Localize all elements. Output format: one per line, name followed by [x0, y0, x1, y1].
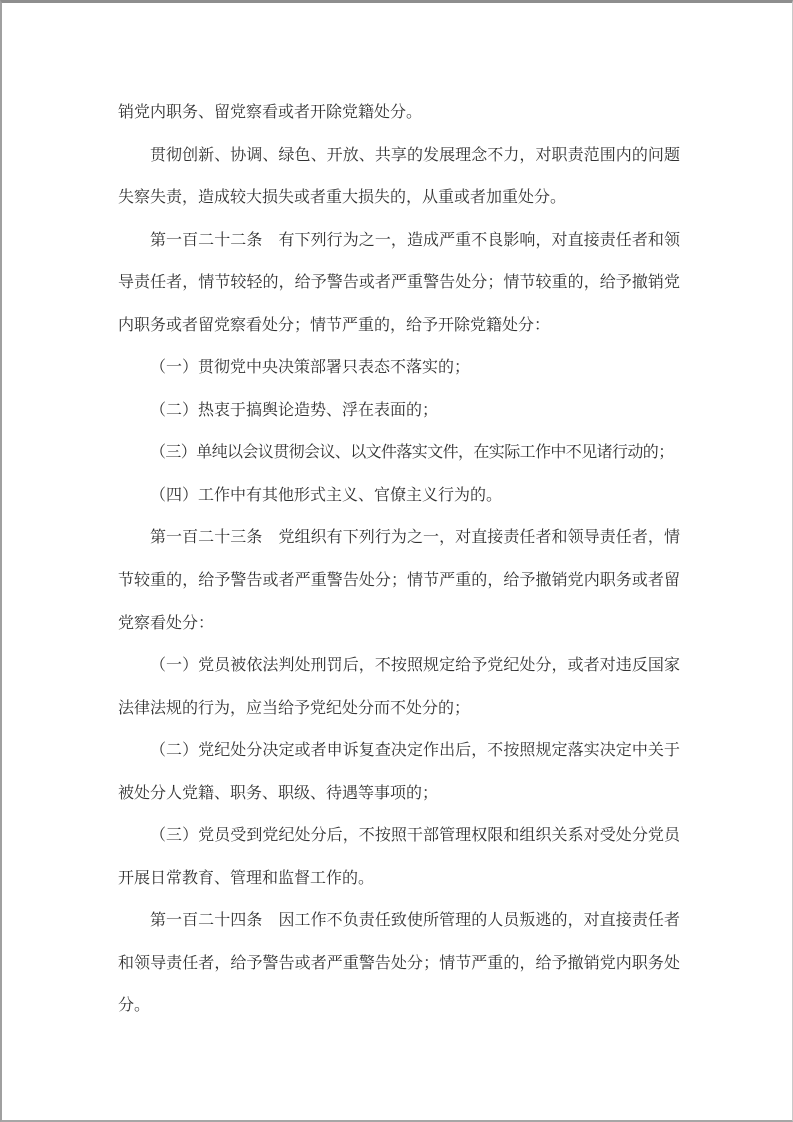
text-line: 第一百二十四条 因工作不负责任致使所管理的人员叛逃的，对直接责任者 [118, 900, 680, 943]
paragraph: 第一百二十三条 党组织有下列行为之一，对直接责任者和领导责任者，情节较重的，给予… [118, 517, 680, 645]
document-page: 销党内职务、留党察看或者开除党籍处分。贯彻创新、协调、绿色、开放、共享的发展理念… [0, 0, 793, 1122]
text-line: （三）党员受到党纪处分后，不按照干部管理权限和组织关系对受处分党员 [118, 815, 680, 858]
text-line: （一）贯彻党中央决策部署只表态不落实的； [118, 347, 680, 390]
paragraph: （一）贯彻党中央决策部署只表态不落实的； [118, 347, 680, 390]
text-line: （一）党员被依法判处刑罚后，不按照规定给予党纪处分，或者对违反国家 [118, 645, 680, 688]
text-line: 开展日常教育、管理和监督工作的。 [118, 858, 680, 901]
paragraph: 销党内职务、留党察看或者开除党籍处分。 [118, 92, 680, 135]
paragraph: （三）党员受到党纪处分后，不按照干部管理权限和组织关系对受处分党员开展日常教育、… [118, 815, 680, 900]
text-line: 党察看处分： [118, 603, 680, 646]
text-line: （二）党纪处分决定或者申诉复查决定作出后，不按照规定落实决定中关于 [118, 730, 680, 773]
text-line: （三）单纯以会议贯彻会议、以文件落实文件，在实际工作中不见诸行动的； [118, 432, 680, 475]
document-text: 销党内职务、留党察看或者开除党籍处分。贯彻创新、协调、绿色、开放、共享的发展理念… [118, 92, 680, 1028]
paragraph: 贯彻创新、协调、绿色、开放、共享的发展理念不力，对职责范围内的问题失察失责，造成… [118, 135, 680, 220]
paragraph: 第一百二十四条 因工作不负责任致使所管理的人员叛逃的，对直接责任者和领导责任者，… [118, 900, 680, 1028]
text-line: 第一百二十三条 党组织有下列行为之一，对直接责任者和领导责任者，情 [118, 517, 680, 560]
text-line: （四）工作中有其他形式主义、官僚主义行为的。 [118, 475, 680, 518]
paragraph: （四）工作中有其他形式主义、官僚主义行为的。 [118, 475, 680, 518]
text-line: 和领导责任者，给予警告或者严重警告处分；情节严重的，给予撤销党内职务处 [118, 943, 680, 986]
paragraph: 第一百二十二条 有下列行为之一，造成严重不良影响，对直接责任者和领导责任者，情节… [118, 220, 680, 348]
paragraph: （三）单纯以会议贯彻会议、以文件落实文件，在实际工作中不见诸行动的； [118, 432, 680, 475]
text-line: 第一百二十二条 有下列行为之一，造成严重不良影响，对直接责任者和领 [118, 220, 680, 263]
text-line: 销党内职务、留党察看或者开除党籍处分。 [118, 92, 680, 135]
paragraph: （二）党纪处分决定或者申诉复查决定作出后，不按照规定落实决定中关于被处分人党籍、… [118, 730, 680, 815]
text-line: 失察失责，造成较大损失或者重大损失的，从重或者加重处分。 [118, 177, 680, 220]
text-line: 分。 [118, 985, 680, 1028]
paragraph: （一）党员被依法判处刑罚后，不按照规定给予党纪处分，或者对违反国家法律法规的行为… [118, 645, 680, 730]
text-line: 法律法规的行为，应当给予党纪处分而不处分的； [118, 688, 680, 731]
paragraph: （二）热衷于搞舆论造势、浮在表面的； [118, 390, 680, 433]
text-line: 节较重的，给予警告或者严重警告处分；情节严重的，给予撤销党内职务或者留 [118, 560, 680, 603]
text-line: 被处分人党籍、职务、职级、待遇等事项的； [118, 773, 680, 816]
text-line: 导责任者，情节较轻的，给予警告或者严重警告处分；情节较重的，给予撤销党 [118, 262, 680, 305]
text-line: 贯彻创新、协调、绿色、开放、共享的发展理念不力，对职责范围内的问题 [118, 135, 680, 178]
text-line: （二）热衷于搞舆论造势、浮在表面的； [118, 390, 680, 433]
text-line: 内职务或者留党察看处分；情节严重的，给予开除党籍处分： [118, 305, 680, 348]
